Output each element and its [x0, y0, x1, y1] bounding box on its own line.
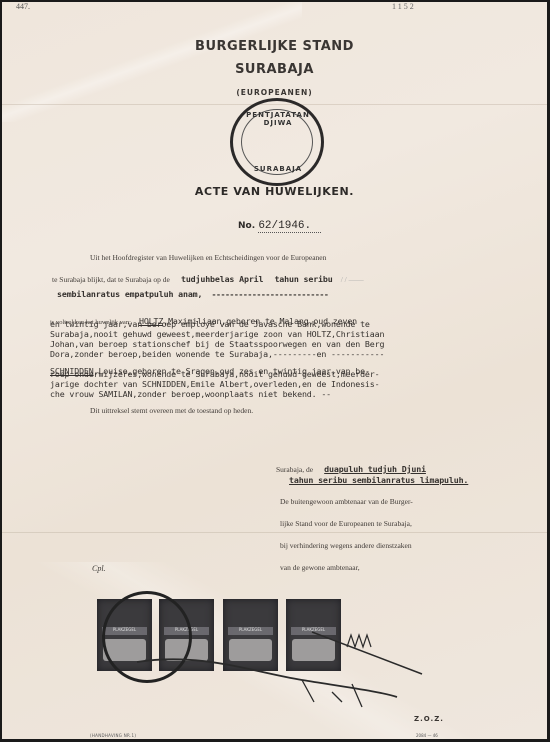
document-page: 447. 1152 BURGERLIJKE STAND SURABAJA (EU…	[2, 2, 547, 739]
zoz-note: Z.O.Z.	[414, 715, 444, 723]
signature	[2, 2, 547, 739]
footer-right-code: 2084 — 46	[416, 733, 438, 738]
footer-left-code: (HANDHAVING NR.1)	[90, 733, 136, 738]
